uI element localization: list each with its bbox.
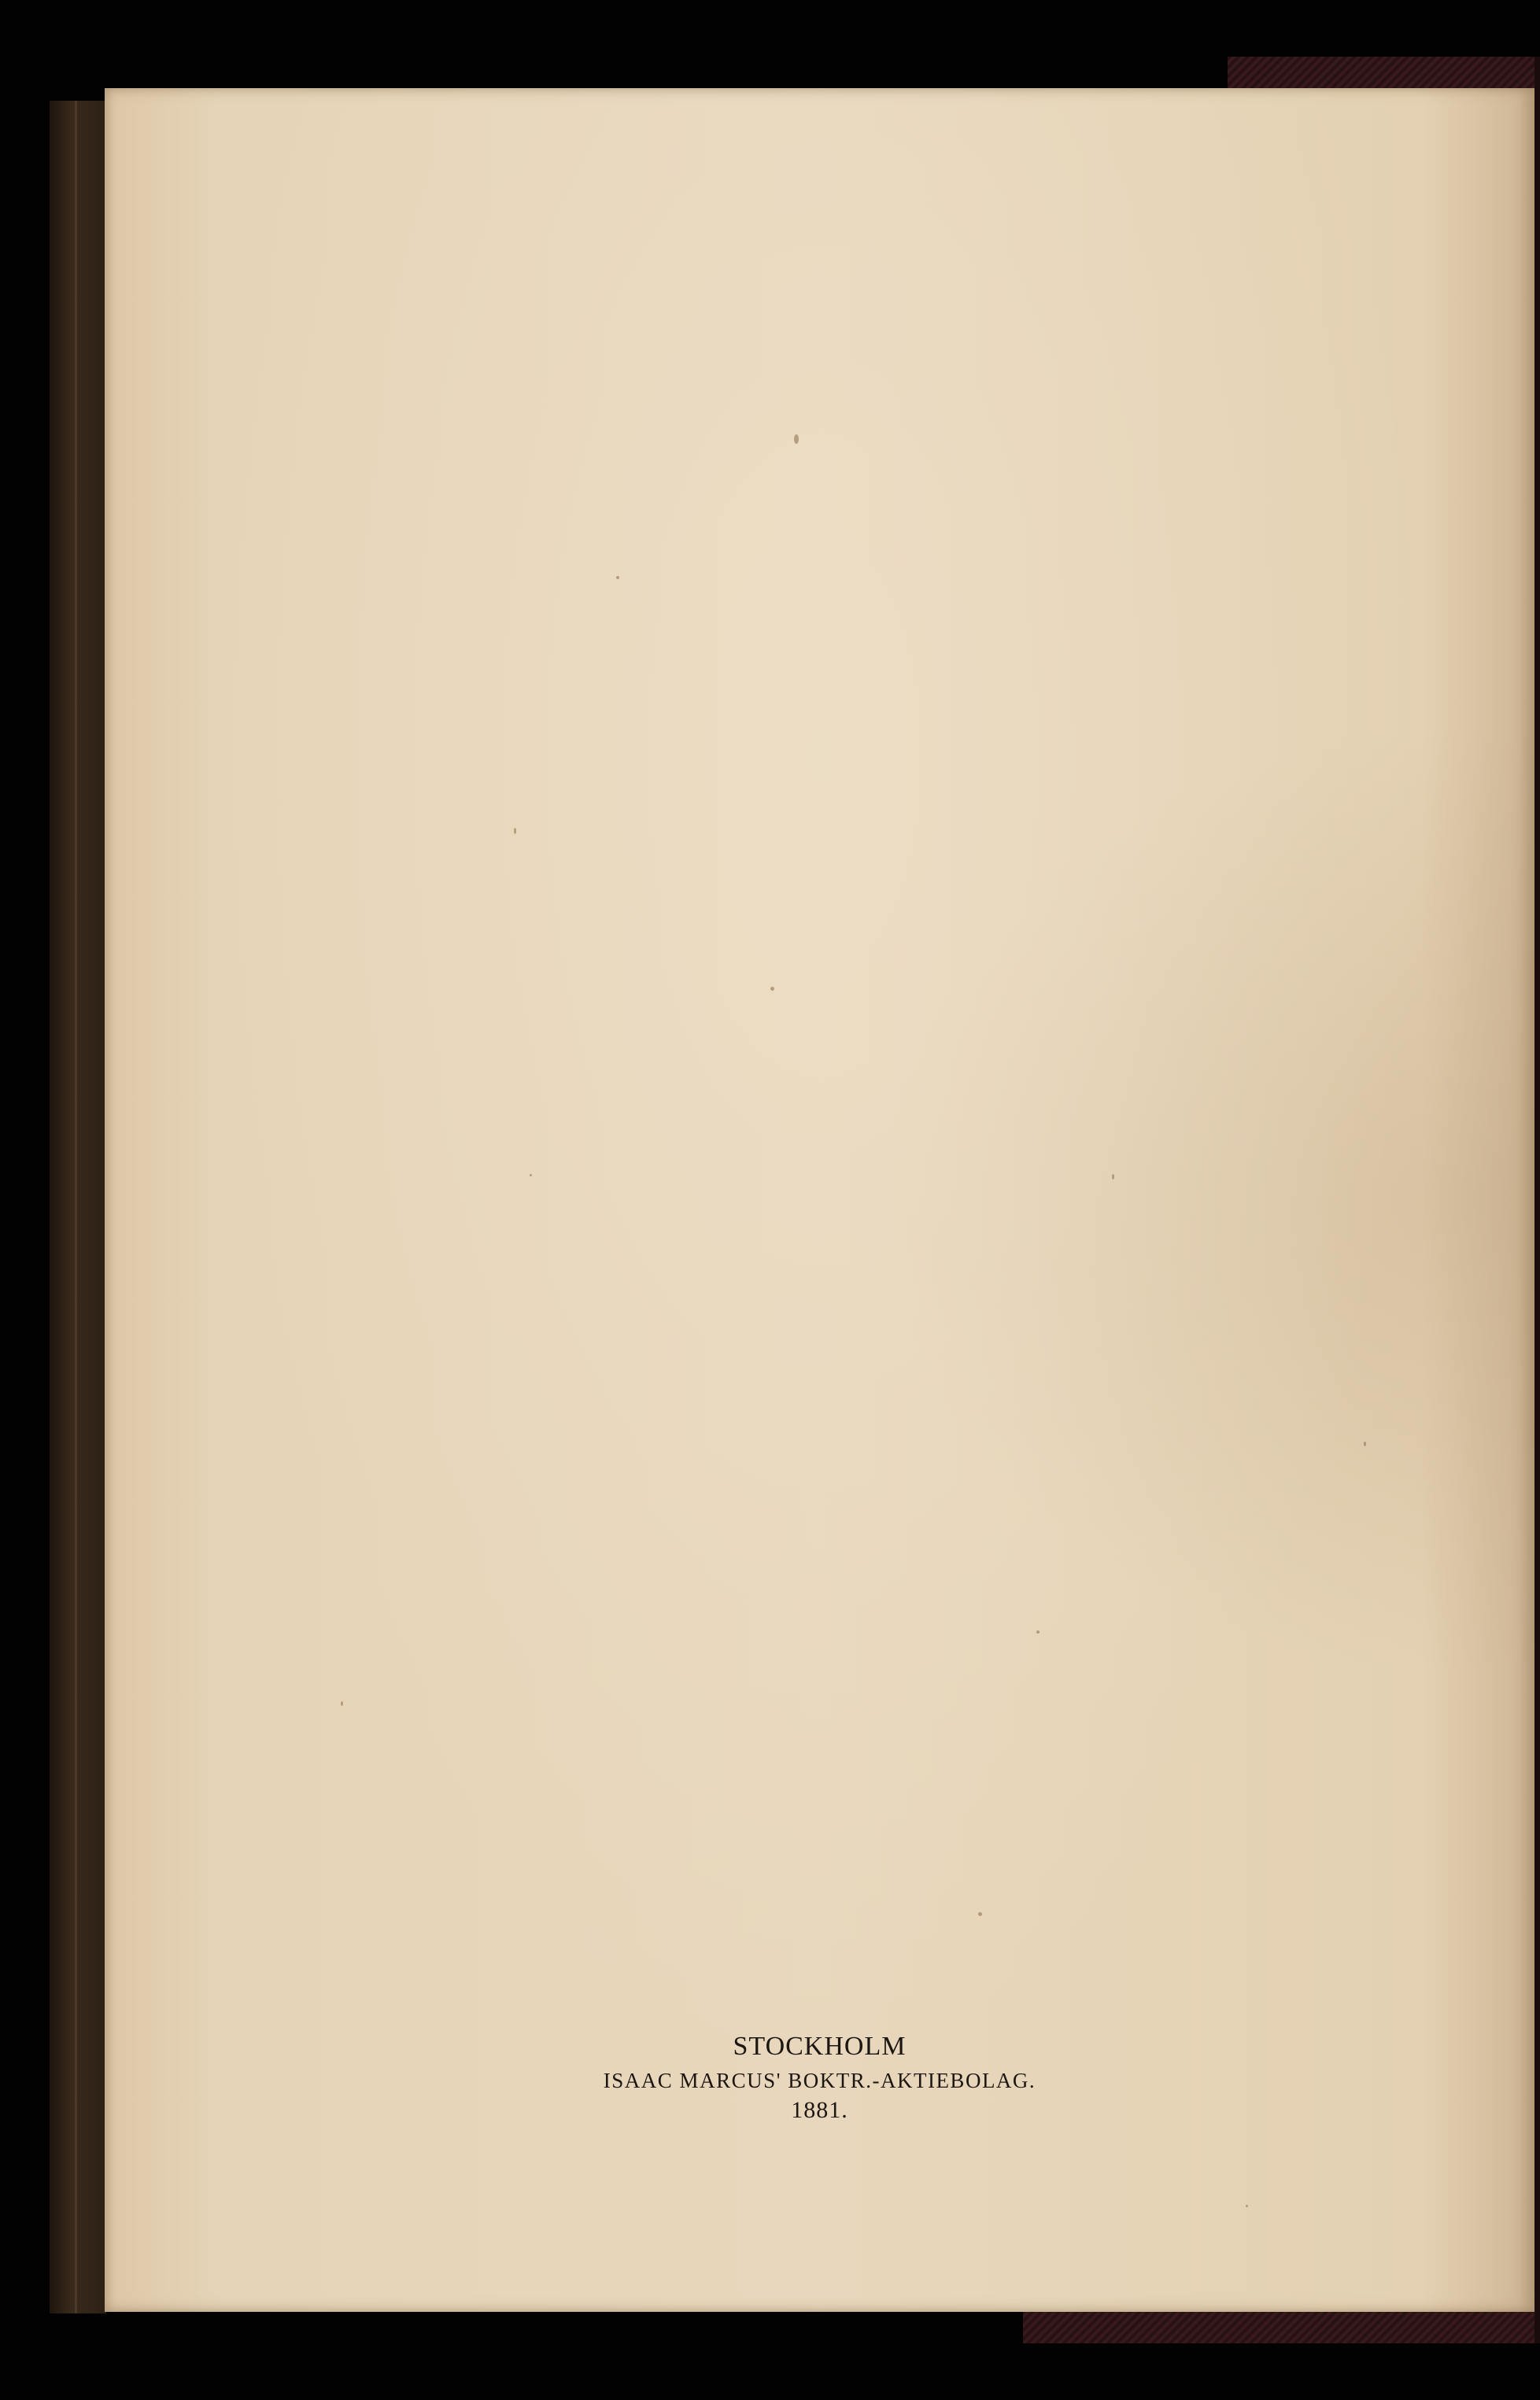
book-cover-edge-top — [1228, 57, 1540, 91]
book-cover-edge-bottom — [1023, 2310, 1540, 2343]
paper-fleck — [978, 1912, 982, 1916]
paper-fleck — [341, 1701, 343, 1706]
paper-fleck — [1036, 1630, 1040, 1634]
book-cover-edge-right — [1534, 57, 1540, 2343]
paper-fleck — [770, 987, 774, 991]
book-page: STOCKHOLM ISAAC MARCUS' BOKTR.-AKTIEBOLA… — [105, 88, 1534, 2312]
paper-fleck — [514, 828, 516, 834]
imprint-year: 1881. — [105, 2097, 1534, 2124]
paper-fleck — [616, 576, 619, 579]
binding-edge-line — [75, 101, 77, 2313]
paper-fleck — [794, 434, 799, 444]
paper-fleck — [530, 1174, 532, 1176]
paper-fleck — [1112, 1174, 1114, 1180]
imprint-publisher: ISAAC MARCUS' BOKTR.-AKTIEBOLAG. — [105, 2069, 1534, 2093]
paper-fleck — [1246, 2205, 1248, 2207]
paper-fleck — [1364, 1442, 1366, 1446]
imprint-city: STOCKHOLM — [105, 2032, 1534, 2062]
book-binding-strip — [50, 101, 106, 2313]
